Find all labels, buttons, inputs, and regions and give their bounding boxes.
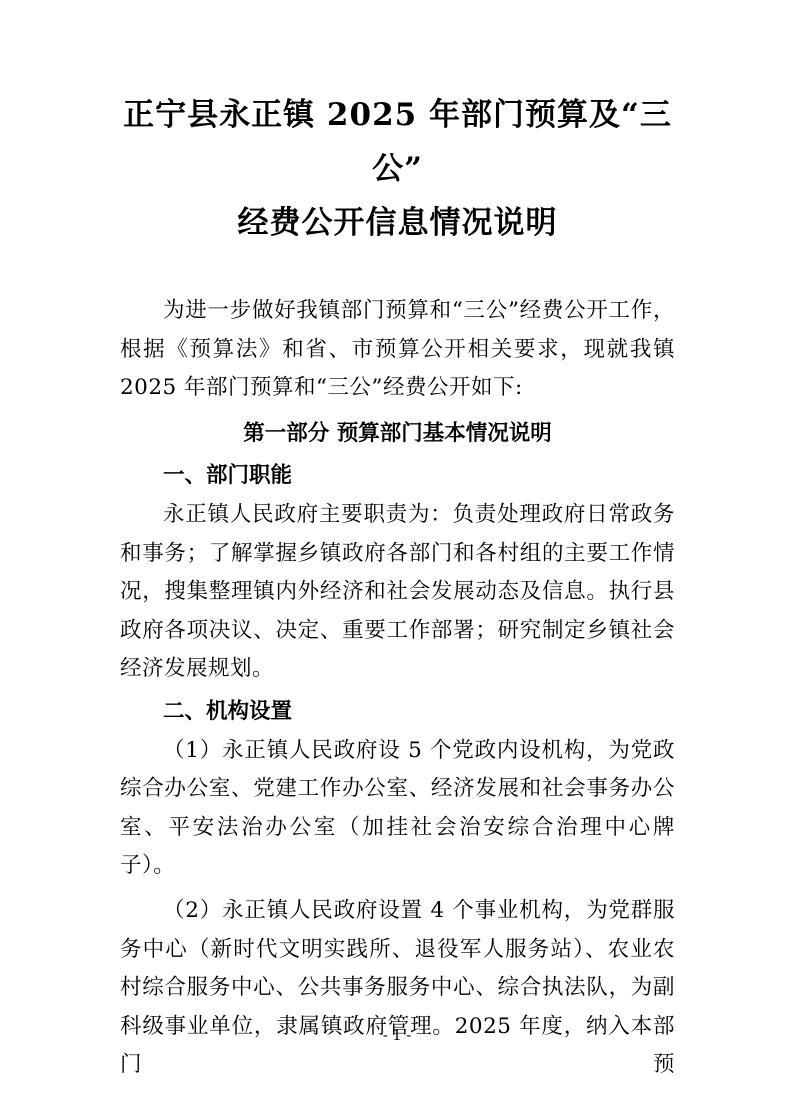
subsection-heading-department-functions: 一、部门职能 [120,457,675,496]
intro-paragraph: 为进一步做好我镇部门预算和“三公”经费公开工作，根据《预算法》和省、市预算公开相… [120,292,675,408]
document-title-line-1: 正宁县永正镇 2025 年部门预算及“三公” [120,88,675,196]
paragraph-public-institutions: （2）永正镇人民政府设置 4 个事业机构，为党群服务中心（新时代文明实践所、退役… [120,892,675,1085]
paragraph-party-gov-organs: （1）永正镇人民政府设 5 个党政内设机构，为党政综合办公室、党建工作办公室、经… [120,732,675,886]
section-heading-part1: 第一部分 预算部门基本情况说明 [120,415,675,454]
subsection-heading-organization-setup: 二、机构设置 [120,693,675,732]
document-title-line-2: 经费公开信息情况说明 [120,196,675,250]
page-number: - 1 - [0,1026,794,1046]
paragraph-department-functions: 永正镇人民政府主要职责为：负责处理政府日常政务和事务；了解掌握乡镇政府各部门和各… [120,496,675,689]
document-page: 正宁县永正镇 2025 年部门预算及“三公” 经费公开信息情况说明 为进一步做好… [0,0,794,1108]
document-title: 正宁县永正镇 2025 年部门预算及“三公” 经费公开信息情况说明 [120,88,675,250]
document-body: 为进一步做好我镇部门预算和“三公”经费公开工作，根据《预算法》和省、市预算公开相… [120,292,675,1085]
